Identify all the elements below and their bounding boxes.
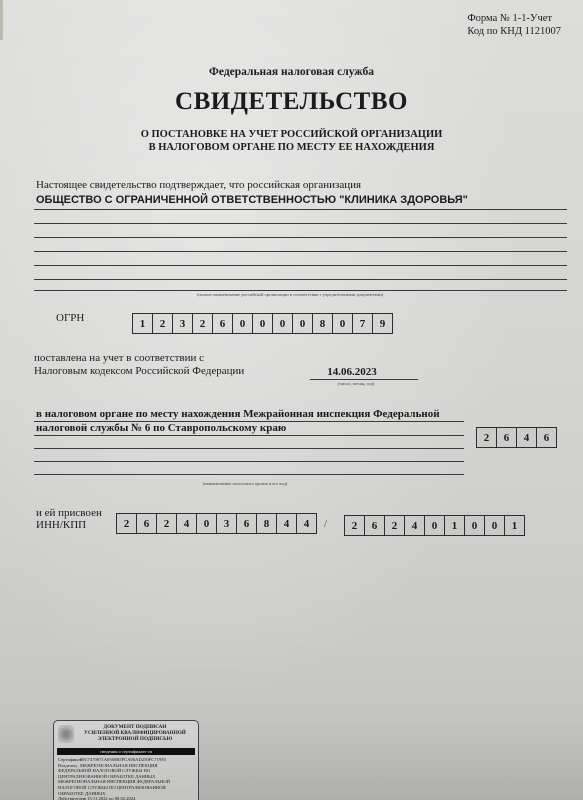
tax-authority-code-digit-cell: 6 [536, 428, 556, 447]
kpp-digit-cell: 2 [345, 516, 364, 535]
knd-code: Код по КНД 1121007 [467, 25, 561, 38]
form-number: Форма № 1-1-Учет [467, 12, 561, 25]
org-line-7 [34, 290, 567, 291]
inn-digit-cell: 4 [296, 514, 316, 533]
tax-authority-code-digit-cell: 2 [477, 428, 496, 447]
inn-digit-cell: 4 [176, 514, 196, 533]
tax-authority-code-digit-cell: 4 [516, 428, 536, 447]
kpp-digit-cell: 4 [404, 516, 424, 535]
kpp-digit-cell: 0 [464, 516, 484, 535]
registration-line-2: Налоговым кодексом Российской Федерации [34, 365, 244, 377]
kpp-digit-cell: 1 [444, 516, 464, 535]
subtitle-line-2: В НАЛОГОВОМ ОРГАНЕ ПО МЕСТУ ЕЕ НАХОЖДЕНИ… [0, 141, 583, 154]
stamp-details: Сертификат: 00C7470071A0568B5FCA06AD250F… [58, 757, 196, 800]
inn-digit-cell: 2 [156, 514, 176, 533]
ogrn-digit-cell: 7 [352, 314, 372, 333]
registration-date: 14.06.2023 [312, 366, 392, 378]
ogrn-digit-cell: 8 [312, 314, 332, 333]
inn-cells: 2624036844 [116, 513, 317, 534]
stamp-heading: ДОКУМЕНТ ПОДПИСАН УСИЛЕННОЙ КВАЛИФИЦИРОВ… [76, 724, 194, 742]
inn-digit-cell: 4 [276, 514, 296, 533]
ogrn-digit-cell: 2 [192, 314, 212, 333]
kpp-digit-cell: 2 [384, 516, 404, 535]
inn-digit-cell: 6 [136, 514, 156, 533]
inn-digit-cell: 2 [117, 514, 136, 533]
authority-line-3 [34, 448, 464, 449]
kpp-digit-cell: 1 [504, 516, 524, 535]
inn-digit-cell: 8 [256, 514, 276, 533]
kpp-digit-cell: 0 [484, 516, 504, 535]
form-code: Форма № 1-1-Учет Код по КНД 1121007 [467, 12, 561, 38]
authority-line-1 [34, 421, 464, 422]
ogrn-label: ОГРН [56, 312, 84, 324]
kpp-cells: 262401001 [344, 515, 525, 536]
inn-digit-cell: 6 [236, 514, 256, 533]
registration-line-1: поставлена на учет в соответствии с [34, 352, 204, 364]
org-line-3 [34, 237, 567, 238]
document-title: СВИДЕТЕЛЬСТВО [0, 88, 583, 116]
ogrn-digit-cell: 0 [252, 314, 272, 333]
authority-line-2 [34, 435, 464, 436]
authority-line-4 [34, 461, 464, 462]
stamp-certificate-bar: сведения о сертификате эп [57, 748, 195, 755]
date-line [310, 379, 418, 380]
validity-label: Действителен: [58, 796, 84, 800]
ogrn-digit-cell: 9 [372, 314, 392, 333]
ogrn-digit-cell: 0 [292, 314, 312, 333]
ogrn-cells: 1232600008079 [132, 313, 393, 334]
ogrn-digit-cell: 0 [232, 314, 252, 333]
tax-authority-line-1: в налоговом органе по месту нахождения М… [36, 407, 440, 421]
ogrn-digit-cell: 2 [152, 314, 172, 333]
coat-of-arms-icon [58, 725, 74, 743]
org-line-1 [34, 209, 567, 210]
kpp-digit-cell: 6 [364, 516, 384, 535]
tax-authority-code-digit-cell: 6 [496, 428, 516, 447]
page-edge [0, 0, 3, 40]
org-line-4 [34, 251, 567, 252]
stamp-validity-row: Действителен: с 15.11.2022 по 08.02.2024 [58, 796, 196, 800]
authority-line-5 [34, 474, 464, 475]
org-line-6 [34, 279, 567, 280]
inn-digit-cell: 0 [196, 514, 216, 533]
tax-authority-caption: (наименование налогового органа и его ко… [180, 481, 310, 486]
organization-caption: (полное наименование российской организа… [150, 292, 430, 297]
subtitle-line-1: О ПОСТАНОВКЕ НА УЧЕТ РОССИЙСКОЙ ОРГАНИЗА… [0, 128, 583, 141]
certificate-page: Форма № 1-1-Учет Код по КНД 1121007 Феде… [0, 0, 583, 800]
date-caption: (число, месяц, год) [326, 381, 386, 386]
inn-kpp-label-line-2: ИНН/КПП [36, 519, 86, 531]
organization-name: ОБЩЕСТВО С ОГРАНИЧЕННОЙ ОТВЕТСТВЕННОСТЬЮ… [36, 194, 468, 206]
inn-kpp-separator: / [324, 518, 327, 530]
ogrn-digit-cell: 0 [332, 314, 352, 333]
electronic-signature-stamp: ДОКУМЕНТ ПОДПИСАН УСИЛЕННОЙ КВАЛИФИЦИРОВ… [53, 720, 199, 800]
tax-authority-code-cells: 2646 [476, 427, 557, 448]
org-line-5 [34, 265, 567, 266]
issuer-name: Федеральная налоговая служба [0, 66, 583, 78]
inn-digit-cell: 3 [216, 514, 236, 533]
ogrn-digit-cell: 6 [212, 314, 232, 333]
organization-intro: Настоящее свидетельство подтверждает, чт… [36, 179, 361, 191]
tax-authority-line-2: налоговой службы № 6 по Ставропольскому … [36, 421, 440, 435]
ogrn-digit-cell: 1 [133, 314, 152, 333]
stamp-heading-line-3: ЭЛЕКТРОННОЙ ПОДПИСЬЮ [76, 736, 194, 742]
kpp-digit-cell: 0 [424, 516, 444, 535]
document-subtitle: О ПОСТАНОВКЕ НА УЧЕТ РОССИЙСКОЙ ОРГАНИЗА… [0, 128, 583, 154]
validity-value: с 15.11.2022 по 08.02.2024 [84, 796, 135, 800]
org-line-2 [34, 223, 567, 224]
ogrn-digit-cell: 0 [272, 314, 292, 333]
inn-kpp-label-line-1: и ей присвоен [36, 507, 102, 519]
ogrn-digit-cell: 3 [172, 314, 192, 333]
